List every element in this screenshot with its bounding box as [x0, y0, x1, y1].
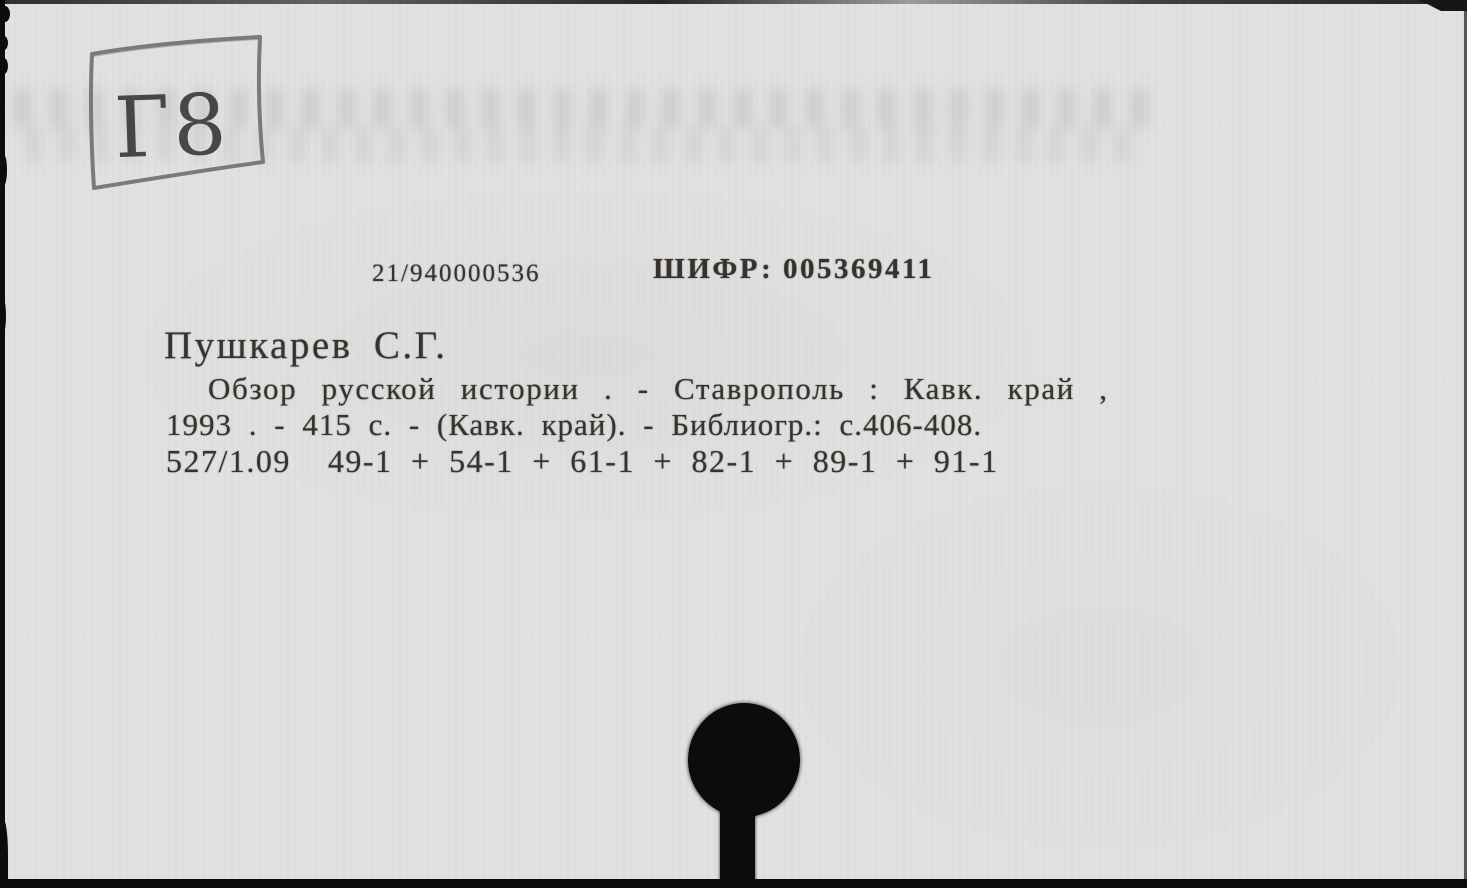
scan-edge-bottom: [0, 879, 1467, 888]
shelf-mark-text: Г8: [113, 75, 231, 177]
scan-edge-top: [0, 0, 1467, 4]
cipher-number: ШИФР: 005369411: [653, 253, 934, 286]
punch-hole-stem: [720, 800, 755, 888]
imprint-line: 1993 . - 415 с. - (Кавк. край). - Библио…: [166, 407, 982, 443]
accession-number: 21/940000536: [372, 260, 540, 288]
scan-edge-left: [0, 0, 5, 888]
scan-edge-blot: [0, 154, 7, 186]
holdings-line: 527/1.09 49-1 + 54-1 + 61-1 + 82-1 + 89-…: [166, 443, 999, 480]
title-line: Обзор русской истории . - Ставрополь : К…: [208, 371, 1109, 407]
scan-edge-blot: [0, 58, 8, 74]
scan-edge-blot: [0, 6, 10, 22]
catalog-card-scan: Г8 21/940000536 ШИФР: 005369411 Пушкарев…: [0, 0, 1467, 888]
scan-edge-blot: [0, 36, 8, 50]
scan-edge-blot: [0, 298, 6, 334]
scan-edge-blot: [0, 819, 8, 879]
author-heading: Пушкарев С.Г.: [164, 323, 448, 368]
handwritten-shelf-mark: Г8: [82, 30, 272, 196]
